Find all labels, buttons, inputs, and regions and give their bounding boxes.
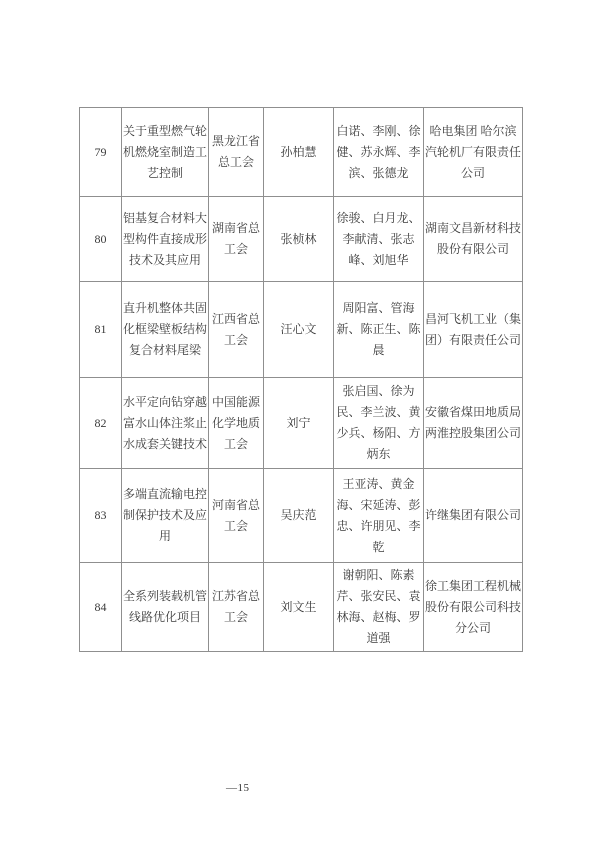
cell-project-name: 关于重型燃气轮机燃烧室制造工艺控制 [122,108,209,197]
cell-company: 徐工集团工程机械股份有限公司科技分公司 [424,563,523,652]
cell-team-members: 张启国、徐为民、李兰波、黄少兵、杨阳、方炳东 [334,378,424,469]
cell-recommending-unit: 黑龙江省总工会 [209,108,264,197]
page-number: —15 [226,782,250,794]
cell-recommending-unit: 湖南省总工会 [209,197,264,282]
cell-project-leader: 吴庆范 [264,469,334,563]
cell-recommending-unit: 江西省总工会 [209,282,264,378]
cell-team-members: 谢朝阳、陈素芹、张安民、袁林海、赵梅、罗道强 [334,563,424,652]
cell-project-name: 水平定向钻穿越富水山体注浆止水成套关键技术 [122,378,209,469]
cell-team-members: 徐骏、白月龙、李献清、张志峰、刘旭华 [334,197,424,282]
document-page: 79 关于重型燃气轮机燃烧室制造工艺控制 黑龙江省总工会 孙柏慧 白诺、李刚、徐… [0,0,595,842]
table-row: 82 水平定向钻穿越富水山体注浆止水成套关键技术 中国能源化学地质工会 刘宁 张… [80,378,523,469]
table-row: 83 多端直流输电控制保护技术及应用 河南省总工会 吴庆范 王亚涛、黄金海、宋延… [80,469,523,563]
cell-company: 湖南文昌新材科技股份有限公司 [424,197,523,282]
cell-recommending-unit: 江苏省总工会 [209,563,264,652]
cell-team-members: 王亚涛、黄金海、宋延涛、彭忠、许朋见、李乾 [334,469,424,563]
table-row: 81 直升机整体共固化框梁壁板结构复合材料尾梁 江西省总工会 汪心文 周阳富、管… [80,282,523,378]
cell-project-leader: 张桢林 [264,197,334,282]
cell-company: 安徽省煤田地质局两淮控股集团公司 [424,378,523,469]
cell-company: 许继集团有限公司 [424,469,523,563]
cell-project-name: 全系列装载机管线路优化项目 [122,563,209,652]
table-row: 80 铝基复合材料大型构件直接成形技术及其应用 湖南省总工会 张桢林 徐骏、白月… [80,197,523,282]
cell-recommending-unit: 中国能源化学地质工会 [209,378,264,469]
cell-serial-number: 83 [80,469,122,563]
cell-team-members: 周阳富、管海新、陈正生、陈晨 [334,282,424,378]
cell-serial-number: 84 [80,563,122,652]
cell-project-name: 铝基复合材料大型构件直接成形技术及其应用 [122,197,209,282]
cell-team-members: 白诺、李刚、徐健、苏永辉、李滨、张德龙 [334,108,424,197]
cell-project-name: 直升机整体共固化框梁壁板结构复合材料尾梁 [122,282,209,378]
cell-project-leader: 汪心文 [264,282,334,378]
cell-serial-number: 80 [80,197,122,282]
cell-recommending-unit: 河南省总工会 [209,469,264,563]
awards-table: 79 关于重型燃气轮机燃烧室制造工艺控制 黑龙江省总工会 孙柏慧 白诺、李刚、徐… [79,107,523,652]
table-row: 79 关于重型燃气轮机燃烧室制造工艺控制 黑龙江省总工会 孙柏慧 白诺、李刚、徐… [80,108,523,197]
cell-project-leader: 刘文生 [264,563,334,652]
cell-project-name: 多端直流输电控制保护技术及应用 [122,469,209,563]
cell-company: 昌河飞机工业（集团）有限责任公司 [424,282,523,378]
cell-project-leader: 刘宁 [264,378,334,469]
cell-serial-number: 81 [80,282,122,378]
table-row: 84 全系列装载机管线路优化项目 江苏省总工会 刘文生 谢朝阳、陈素芹、张安民、… [80,563,523,652]
cell-project-leader: 孙柏慧 [264,108,334,197]
cell-serial-number: 82 [80,378,122,469]
cell-serial-number: 79 [80,108,122,197]
cell-company: 哈电集团 哈尔滨汽轮机厂有限责任公司 [424,108,523,197]
